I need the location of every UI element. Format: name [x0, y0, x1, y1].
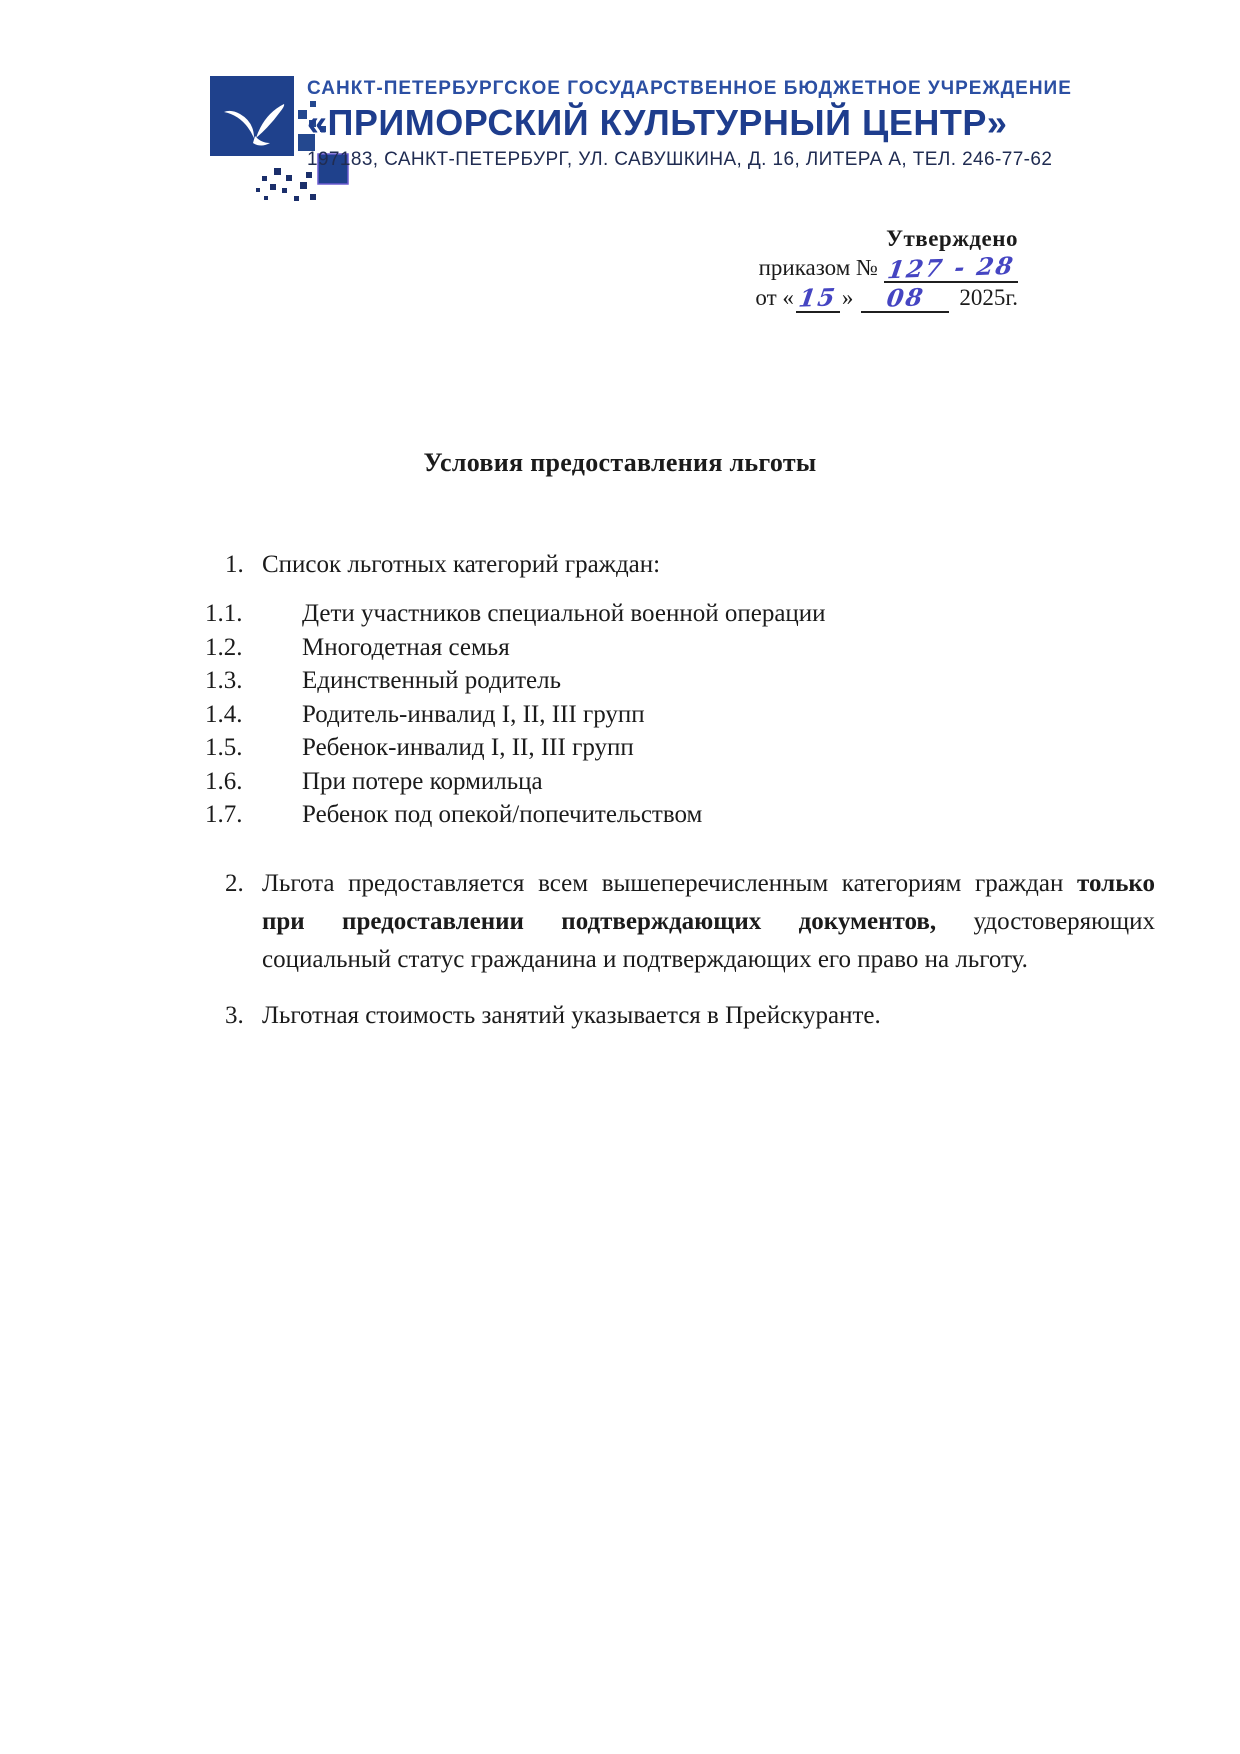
- list-item-text: При потере кормильца: [302, 765, 543, 799]
- sublist: 1.1. Дети участников специальной военной…: [205, 597, 1155, 832]
- org-address: 197183, САНКТ-ПЕТЕРБУРГ, УЛ. САВУШКИНА, …: [307, 149, 1027, 171]
- list-item: 1.7. Ребенок под опекой/попечительством: [205, 798, 1155, 832]
- org-name: «ПРИМОРСКИЙ КУЛЬТУРНЫЙ ЦЕНТР»: [307, 102, 1027, 144]
- order-prefix: приказом №: [759, 255, 878, 280]
- order-number-handwritten: 127 - 28: [886, 253, 1017, 283]
- list-item-number: 1.3.: [205, 664, 302, 698]
- date-day-slot: 15: [796, 284, 840, 313]
- list-item-number: 1.1.: [205, 597, 302, 631]
- list-item-number: 3.: [225, 997, 244, 1035]
- letterhead: САНКТ-ПЕТЕРБУРГСКОЕ ГОСУДАРСТВЕННОЕ БЮДЖ…: [307, 78, 1027, 171]
- list-item: 1.3. Единственный родитель: [205, 664, 1155, 698]
- paragraph-2: 2.Льгота предоставляется всем вышеперечи…: [205, 865, 1155, 979]
- org-type-line: САНКТ-ПЕТЕРБУРГСКОЕ ГОСУДАРСТВЕННОЕ БЮДЖ…: [307, 78, 1027, 100]
- list-item-number: 1.2.: [205, 631, 302, 665]
- list-item: 1.4. Родитель-инвалид I, II, III групп: [205, 698, 1155, 732]
- date-month-slot: 08: [861, 284, 949, 313]
- list-item-text: Дети участников специальной военной опер…: [302, 597, 826, 631]
- approval-block: Утверждено приказом №127 - 28 от «15»082…: [755, 224, 1018, 313]
- order-line: приказом №127 - 28: [755, 253, 1018, 283]
- date-year: 2025г.: [959, 285, 1018, 310]
- list-item-number: 2.: [225, 865, 244, 903]
- list-item-text: Родитель-инвалид I, II, III групп: [302, 698, 645, 732]
- list-item-text: Ребенок-инвалид I, II, III групп: [302, 731, 634, 765]
- list-item: 1.6. При потере кормильца: [205, 765, 1155, 799]
- list-item-text: Список льготных категорий граждан:: [262, 548, 660, 582]
- list-item-number: 1.: [225, 548, 262, 582]
- date-line: от «15»082025г.: [755, 283, 1018, 313]
- paragraph-text: Льготная стоимость занятий указывается в…: [262, 1002, 881, 1029]
- quote-close: »: [842, 285, 854, 310]
- list-item-number: 1.7.: [205, 798, 302, 832]
- list-item-text: Единственный родитель: [302, 664, 561, 698]
- from-label: от: [755, 285, 776, 310]
- quote-open: «: [782, 285, 794, 310]
- list-item-number: 1.6.: [205, 765, 302, 799]
- list-item: 1.2. Многодетная семья: [205, 631, 1155, 665]
- list-item: 1.5. Ребенок-инвалид I, II, III групп: [205, 731, 1155, 765]
- approved-label: Утверждено: [755, 224, 1018, 253]
- list-item: 1.1. Дети участников специальной военной…: [205, 597, 1155, 631]
- document-page: САНКТ-ПЕТЕРБУРГСКОЕ ГОСУДАРСТВЕННОЕ БЮДЖ…: [0, 0, 1240, 1754]
- document-body: 1. Список льготных категорий граждан: 1.…: [205, 548, 1155, 1035]
- order-number-slot: 127 - 28: [884, 254, 1018, 283]
- list-item-number: 1.4.: [205, 698, 302, 732]
- date-day-handwritten: 15: [797, 284, 838, 311]
- list-item-text: Ребенок под опекой/попечительством: [302, 798, 702, 832]
- document-title: Условия предоставления льготы: [0, 448, 1240, 478]
- list-item-text: Многодетная семья: [302, 631, 510, 665]
- paragraph-3: 3.Льготная стоимость занятий указывается…: [205, 997, 1155, 1035]
- list-item-1: 1. Список льготных категорий граждан:: [205, 548, 1155, 582]
- list-item-number: 1.5.: [205, 731, 302, 765]
- date-month-handwritten: 08: [885, 284, 926, 311]
- paragraph-text: Льгота предоставляется всем вышеперечисл…: [262, 870, 1077, 897]
